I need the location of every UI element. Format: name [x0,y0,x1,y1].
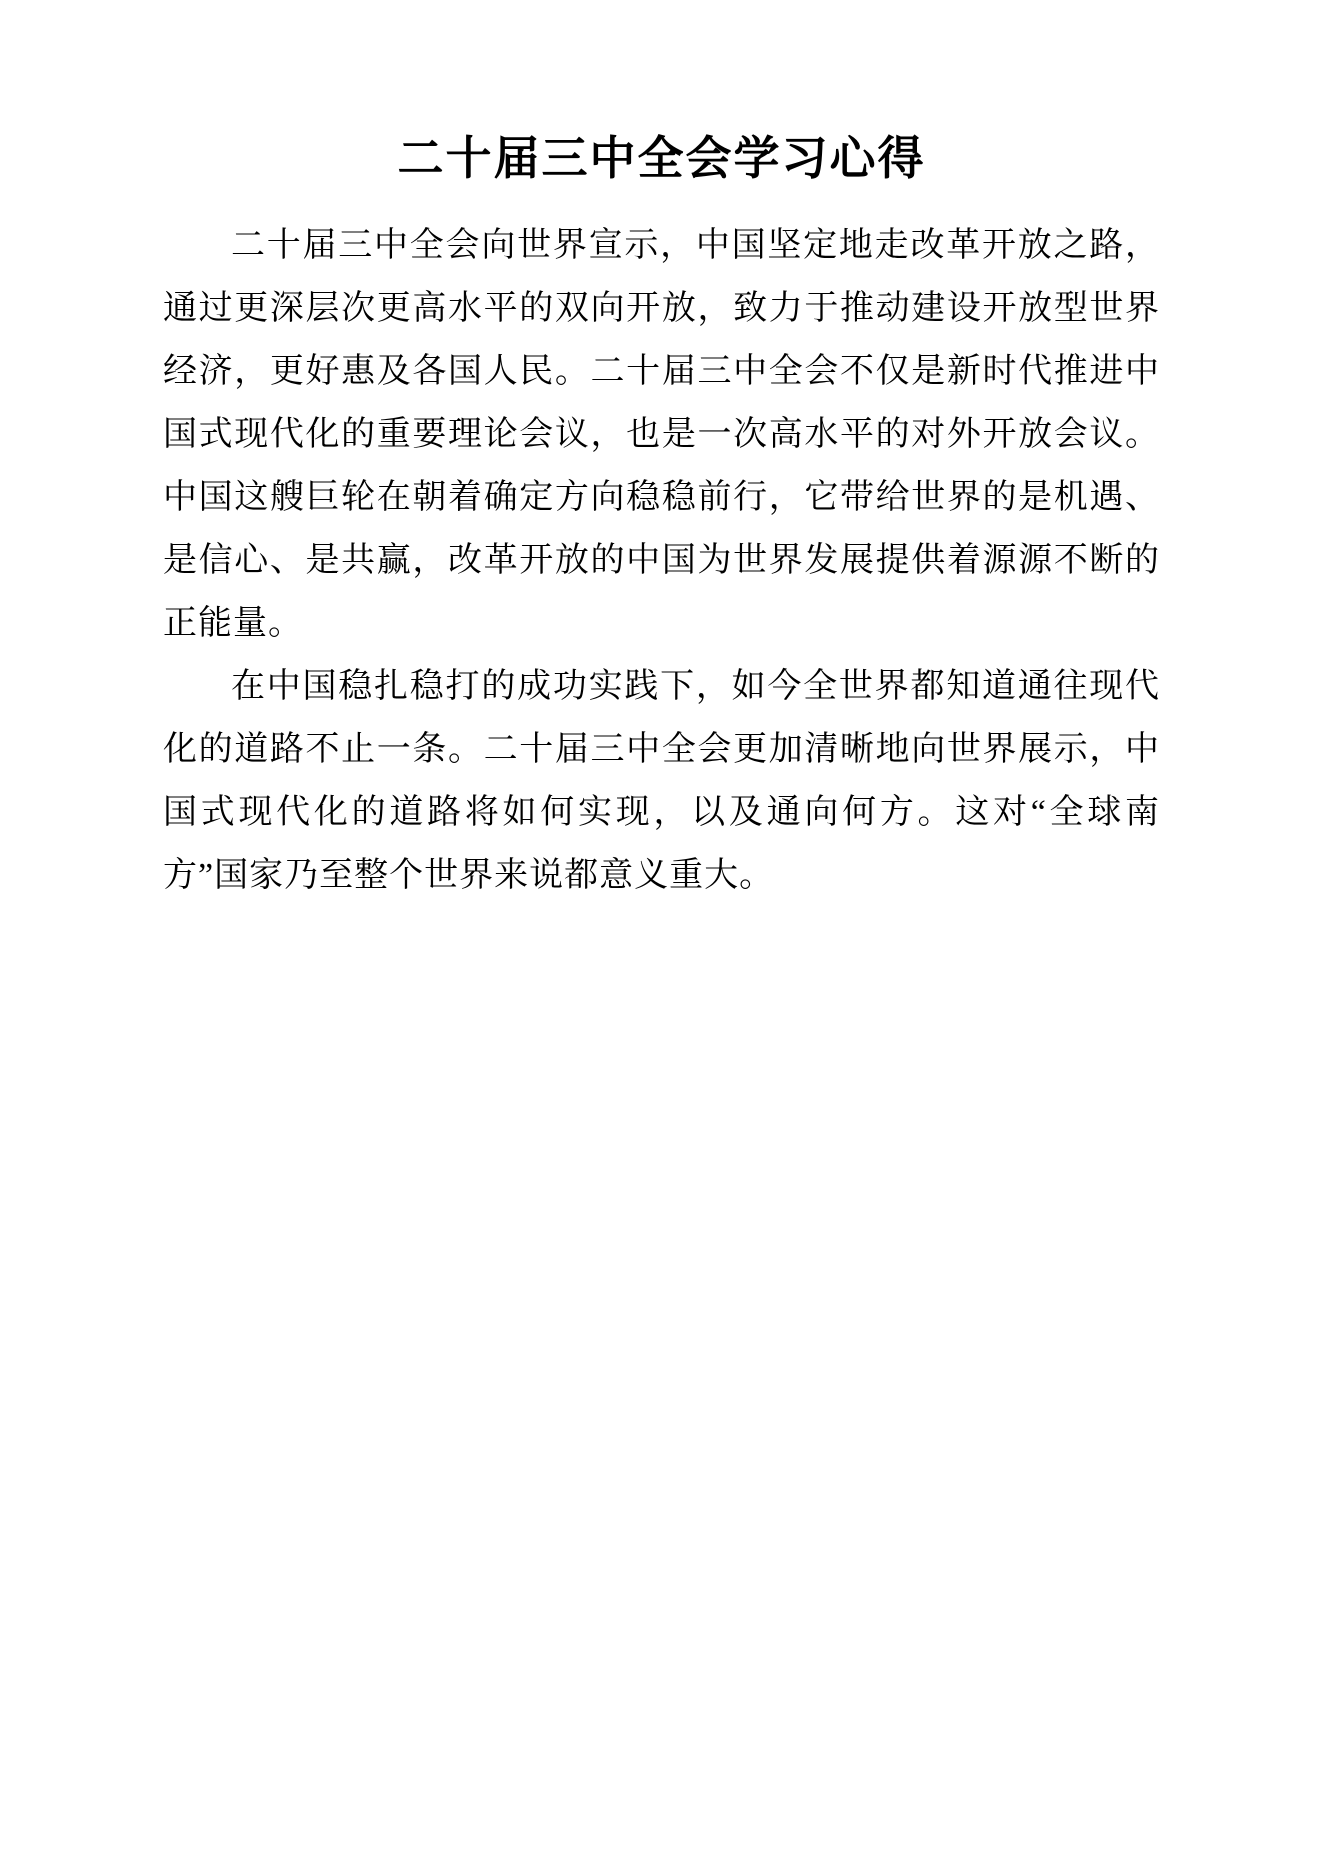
body-paragraph-1: 二十届三中全会向世界宣示，中国坚定地走改革开放之路，通过更深层次更高水平的双向开… [163,214,1160,655]
document-content: 二十届三中全会学习心得 二十届三中全会向世界宣示，中国坚定地走改革开放之路，通过… [163,126,1160,907]
document-page: 二十届三中全会学习心得 二十届三中全会向世界宣示，中国坚定地走改革开放之路，通过… [0,0,1323,1871]
body-paragraph-2: 在中国稳扎稳打的成功实践下，如今全世界都知道通往现代化的道路不止一条。二十届三中… [163,655,1160,907]
document-title: 二十届三中全会学习心得 [163,126,1160,190]
